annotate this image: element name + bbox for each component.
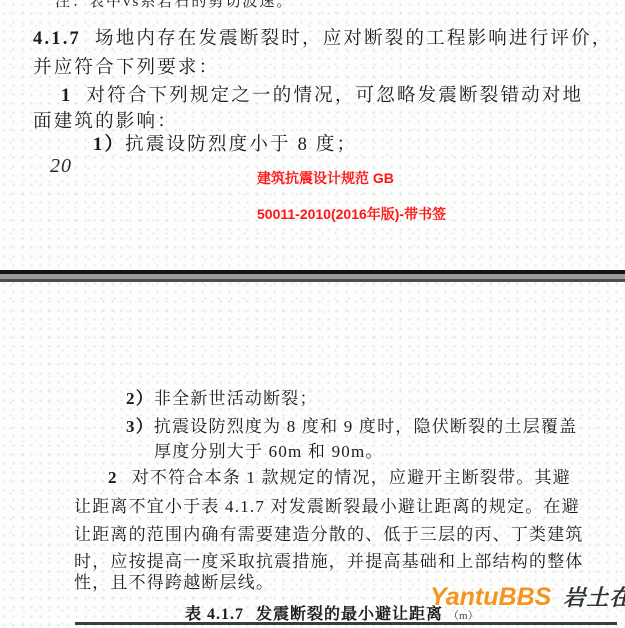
page-separator: [0, 270, 625, 282]
logo-text-chinese: 岩土在线: [563, 585, 625, 610]
subitem1-marker: 1）: [93, 135, 125, 155]
table-top-border: [75, 622, 617, 625]
section-4-1-7-line2: 并应符合下列要求：: [33, 53, 219, 79]
subitem3-continuation: 厚度分别大于 60m 和 90m。: [154, 437, 384, 462]
red-stamp-text: 建筑抗震设计规范 GB 50011-2010(2016年版)-带书签: [257, 151, 446, 223]
clause1-line1: 1对符合下列规定之一的情况，可忽略发震断裂错动对地: [61, 81, 583, 107]
clause2-line3: 让距离的范围内确有需要建造分散的、低于三层的丙、丁类建筑: [74, 520, 584, 545]
logo-text-bbs: BBS: [499, 583, 552, 611]
stamp-line2: 50011-2010(2016年版)-带书签: [257, 206, 446, 222]
scanned-document-page: 注：表中vs系岩石的剪切波速。 4.1.7场地内存在发震断裂时，应对断裂的工程影…: [0, 0, 625, 628]
clause2-number: 2: [108, 468, 118, 487]
clause2-line1: 2对不符合本条 1 款规定的情况，应避开主断裂带。其避: [108, 463, 571, 488]
subitem3-marker: 3）: [126, 417, 154, 436]
subitem3-text: 抗震设防烈度为 8 度和 9 度时，隐伏断裂的土层覆盖: [154, 417, 577, 436]
section-4-1-7-line1: 4.1.7场地内存在发震断裂时，应对断裂的工程影响进行评价，: [33, 24, 613, 50]
table-caption-text: 发震断裂的最小避让距离: [256, 606, 443, 623]
section-text: 场地内存在发震断裂时，应对断裂的工程影响进行评价，: [95, 29, 613, 49]
section-number: 4.1.7: [33, 29, 81, 49]
page-number: 20: [50, 155, 72, 178]
clause2-line5: 性，且不得跨越断层线。: [74, 568, 274, 593]
subitem2-text: 非全新世活动断裂；: [154, 389, 318, 408]
clipped-note-line: 注：表中vs系岩石的剪切波速。: [55, 0, 293, 11]
clause1-number: 1: [61, 86, 72, 106]
clause1-text: 对符合下列规定之一的情况，可忽略发震断裂错动对地: [86, 86, 583, 106]
clause2-line2: 让距离不宜小于表 4.1.7 对发震断裂最小避让距离的规定。在避: [74, 492, 580, 517]
stamp-line1: 建筑抗震设计规范 GB: [257, 170, 394, 186]
clause2-text: 对不符合本条 1 款规定的情况，应避开主断裂带。其避: [132, 468, 571, 487]
separator-dark-line: [0, 279, 625, 282]
table-caption-unit: （m）: [448, 610, 479, 622]
subitem3-line: 3）抗震设防烈度为 8 度和 9 度时，隐伏断裂的土层覆盖: [126, 412, 577, 437]
subitem2-line: 2）非全新世活动断裂；: [126, 384, 318, 409]
subitem2-marker: 2）: [126, 389, 154, 408]
table-caption: 表 4.1.7发震断裂的最小避让距离 （m）: [185, 601, 479, 624]
table-caption-label: 表 4.1.7: [185, 606, 244, 623]
